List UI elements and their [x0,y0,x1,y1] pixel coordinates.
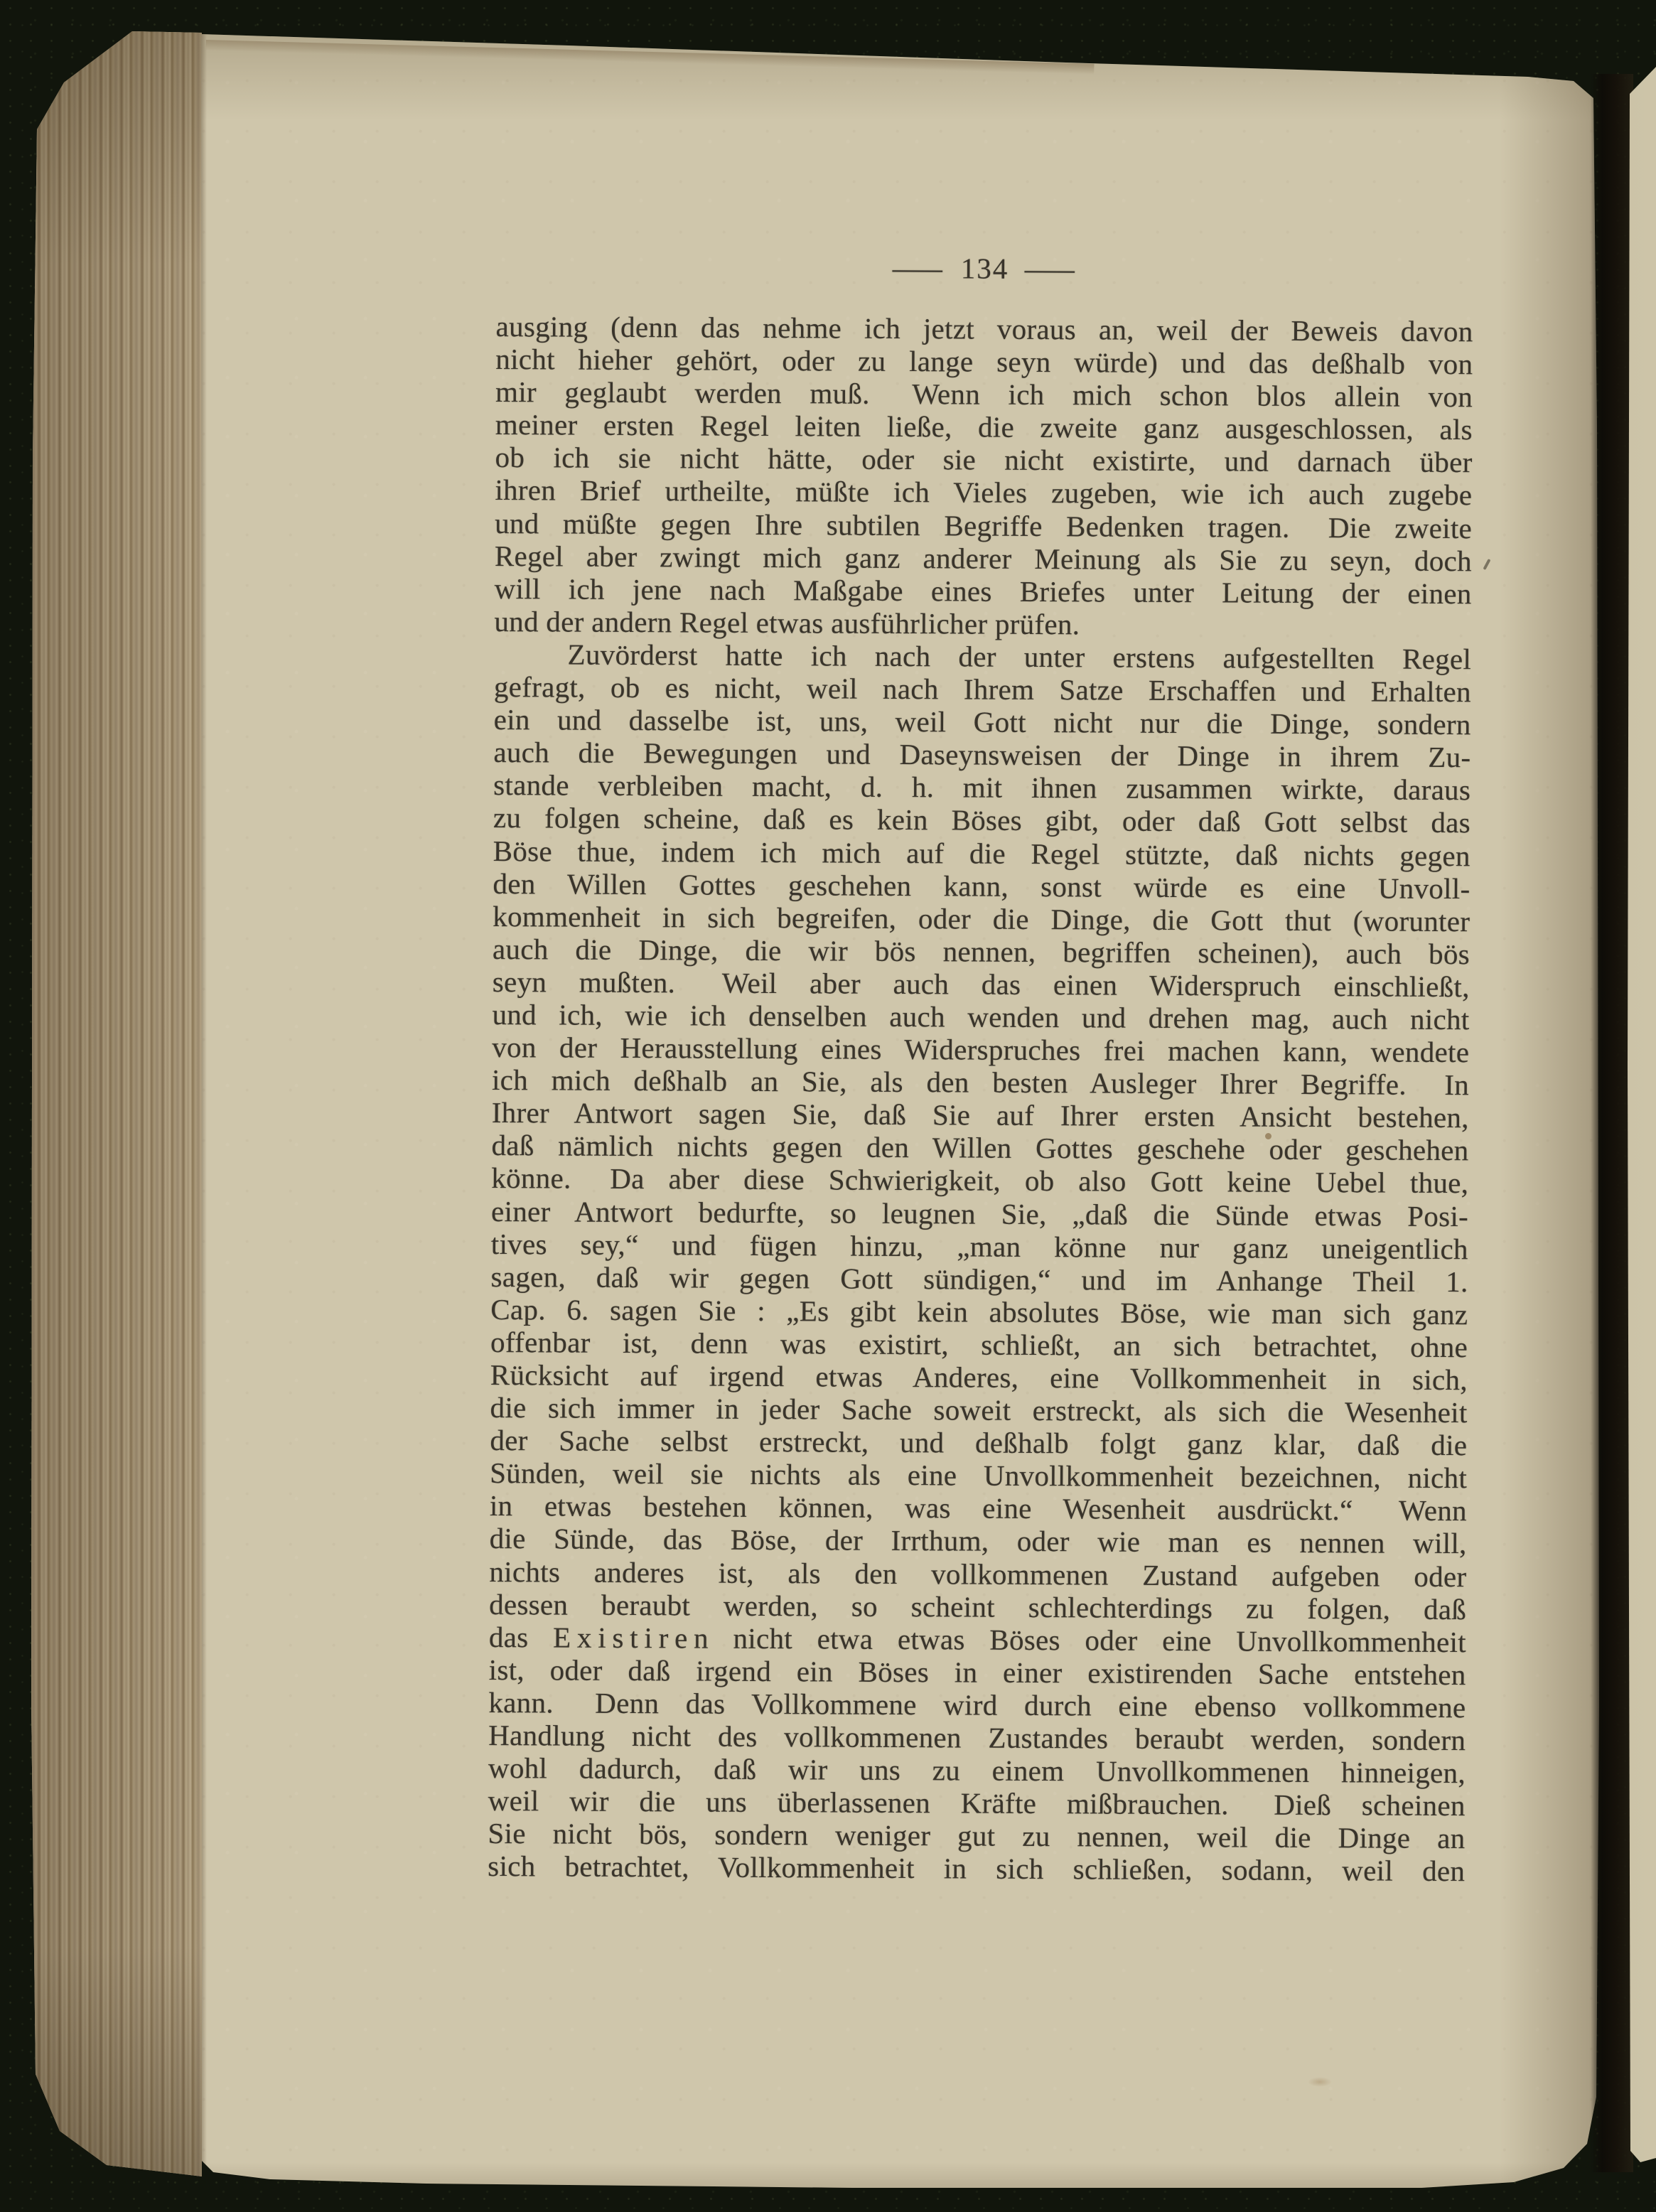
text-line: und ich, wie ich denselben auch wenden u… [492,998,1469,1036]
text-line: tives sey,“ und fügen hinzu, „man könne … [491,1228,1468,1265]
page-number-right-dash: — [1025,252,1077,286]
text-line: von der Herausstellung eines Widerspruch… [492,1031,1469,1068]
text-line: ich mich deßhalb an Sie, als den besten … [492,1063,1469,1101]
text-line: ausging (denn das nehme ich jetzt voraus… [495,310,1473,348]
text-line: das E x i s t i r e n nicht etwa etwas B… [489,1621,1466,1658]
text-line: die Sünde, das Böse, der Irrthum, oder w… [490,1522,1467,1559]
text-line: seyn mußten. Weil aber auch das einen Wi… [493,965,1470,1003]
text-line: kann. Denn das Vollkommene wird durch ei… [488,1686,1466,1724]
text-line: kommenheit in sich begreifen, oder die D… [493,900,1470,938]
text-line: nicht hieher gehört, oder zu lange seyn … [495,343,1473,380]
page-bottom-shading [0,2162,1656,2212]
text-line: Regel aber zwingt mich ganz anderer Mein… [495,539,1472,577]
text-line: Zuvörderst hatte ich nach der unter erst… [494,638,1471,675]
text-line: mir geglaubt werden muß. Wenn ich mich s… [495,375,1473,413]
text-line: daß nämlich nichts gegen den Willen Gott… [491,1129,1468,1166]
paper-speck [1483,559,1490,570]
text-line: offenbar ist, denn was existirt, schließ… [490,1326,1468,1363]
text-line: einer Antwort bedurfte, so leugnen Sie, … [491,1195,1468,1233]
book-photo-background: — 134 — ausging (denn das nehme ich jetz… [0,0,1656,2212]
body-text-block: ausging (denn das nehme ich jetzt voraus… [488,310,1473,1888]
text-line: nichts anderes ist, als den vollkommenen… [489,1555,1466,1593]
text-line: Handlung nicht des vollkommenen Zustande… [488,1719,1466,1756]
page-number-row: — 134 — [496,247,1473,289]
text-line: und müßte gegen Ihre subtilen Begriffe B… [495,507,1472,544]
text-line: auch die Dinge, die wir bös nennen, begr… [493,933,1470,970]
text-line: und der andern Regel etwas ausführlicher… [494,605,1471,643]
text-line: ihren Brief urtheilte, müßte ich Vieles … [495,473,1472,511]
text-line: den Willen Gottes geschehen kann, sonst … [493,867,1470,905]
text-line: der Sache selbst erstreckt, und deßhalb … [490,1424,1467,1461]
text-line: Sie nicht bös, sondern weniger gut zu ne… [488,1817,1465,1854]
text-line: Cap. 6. sagen Sie : „Es gibt kein absolu… [490,1293,1468,1331]
text-line: ob ich sie nicht hätte, oder sie nicht e… [495,441,1473,478]
text-line: wohl dadurch, daß wir uns zu einem Unvol… [488,1751,1466,1789]
text-line: sich betrachtet, Vollkommenheit in sich … [488,1849,1465,1887]
paper-speck [1308,2077,1332,2087]
text-line: dessen beraubt werden, so scheint schlec… [489,1588,1466,1626]
text-line: ist, oder daß irgend ein Böses in einer … [489,1653,1466,1691]
text-line: stande verbleiben macht, d. h. mit ihnen… [493,768,1470,806]
text-line: auch die Bewegungen und Daseynsweisen de… [493,736,1470,773]
text-line: sagen, daß wir gegen Gott sündigen,“ und… [490,1260,1468,1298]
text-line: zu folgen scheine, daß es kein Böses gib… [493,801,1470,839]
text-line: Böse thue, indem ich mich auf die Regel … [493,834,1470,871]
text-line: ein und dasselbe ist, uns, weil Gott nic… [494,703,1471,741]
text-line: meiner ersten Regel leiten ließe, die zw… [495,408,1473,446]
left-book-page: — 134 — ausging (denn das nehme ich jetz… [0,0,1656,2212]
text-line: will ich jene nach Maßgabe eines Briefes… [495,572,1472,610]
printed-content: — 134 — ausging (denn das nehme ich jetz… [498,0,1475,5]
text-line: Rücksicht auf irgend etwas Anderes, eine… [490,1358,1468,1396]
text-line: Sünden, weil sie nichts als eine Unvollk… [490,1456,1467,1494]
text-line: könne. Da aber diese Schwierigkeit, ob a… [491,1161,1468,1199]
page-number: 134 [961,251,1009,285]
gutter-shadow-gap [1591,74,1633,2172]
text-line: die sich immer in jeder Sache soweit ers… [490,1391,1468,1429]
text-line: in etwas bestehen können, was eine Wesen… [490,1489,1467,1527]
text-line: Ihrer Antwort sagen Sie, daß Sie auf Ihr… [492,1096,1469,1134]
text-line: gefragt, ob es nicht, weil nach Ihrem Sa… [494,670,1471,708]
text-line: weil wir die uns überlassenen Kräfte miß… [488,1784,1466,1822]
page-number-left-dash: — [893,251,945,285]
